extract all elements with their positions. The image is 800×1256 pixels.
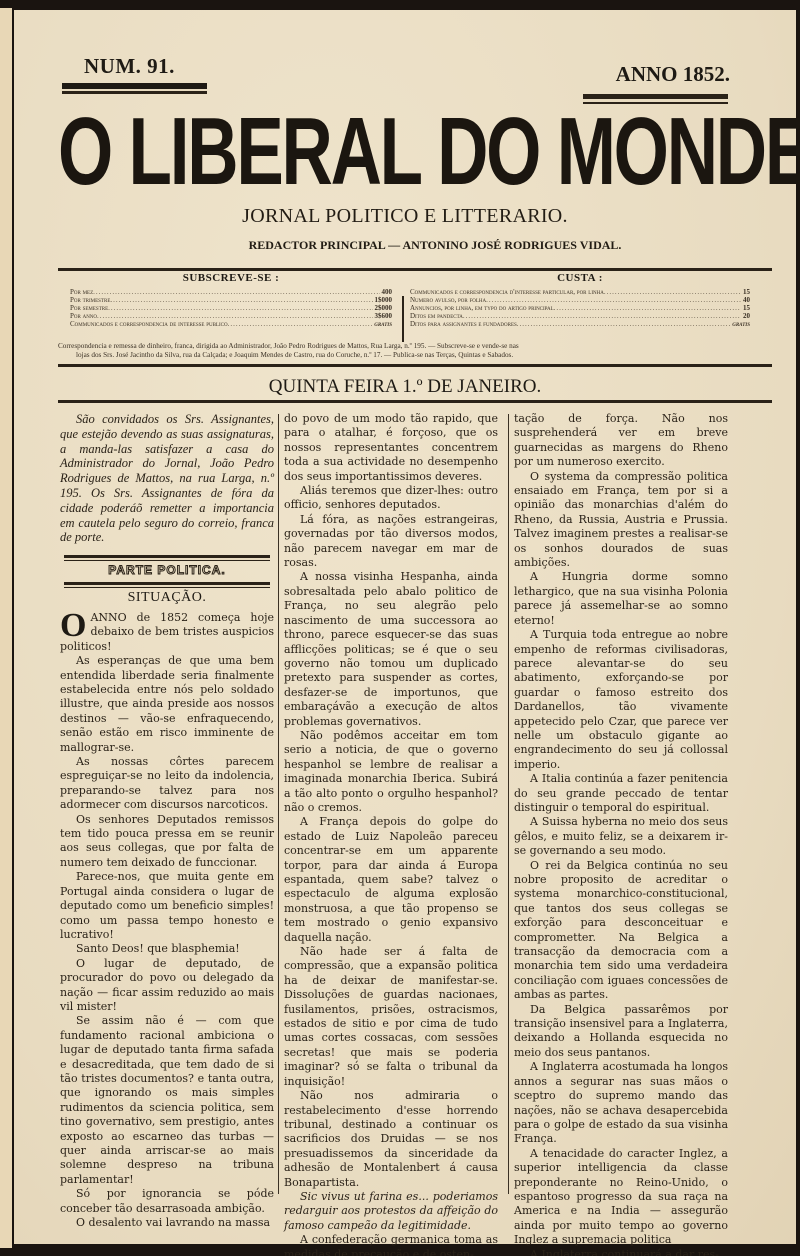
article-paragraph: A Suissa hyberna no meio dos seus gêlos,…	[514, 815, 728, 858]
article-headline: SITUAÇÃO.	[60, 591, 274, 605]
article-paragraph: Não hade ser á falta de compressão, que …	[284, 945, 498, 1089]
subscription-heading: SUBSCREVE-SE :	[70, 272, 392, 284]
subscription-table: SUBSCREVE-SE : Por mez..................…	[70, 272, 392, 328]
article-paragraph: tação de força. Não nos susprehenderá ve…	[514, 412, 728, 470]
article-paragraph: As esperanças de que uma bem entendida l…	[60, 654, 274, 755]
article-paragraph: Não podêmos acceitar em tom serio a noti…	[284, 729, 498, 815]
article-paragraph: A Turquia toda entregue ao nobre empenho…	[514, 628, 728, 772]
article-paragraph: Da Belgica passarêmos por transição inse…	[514, 1003, 728, 1061]
article-paragraph: Só por ignorancia se póde conceber tão d…	[60, 1187, 274, 1216]
column-1: São convidados os Srs. Assignantes, que …	[60, 412, 274, 1230]
cost-row: Annuncios, por linha, em typo do artigo …	[410, 304, 750, 312]
section-rule-bottom	[64, 582, 270, 585]
cost-row: Ditos para assignantes e fundadores.....…	[410, 320, 750, 328]
dateline: QUINTA FEIRA 1.º DE JANEIRO.	[14, 376, 796, 398]
column-3: tação de força. Não nos susprehenderá ve…	[514, 412, 728, 1256]
footnote-line-1: Correspondencia e remessa de dinheiro, f…	[58, 342, 772, 351]
column-2: do povo de um modo tão rapido, que para …	[284, 412, 498, 1256]
decorative-rule-left	[62, 83, 207, 91]
cost-table: CUSTA : Communicados e correspondencia d…	[410, 272, 750, 328]
cost-row: Ditos em pandecta.......................…	[410, 312, 750, 320]
price-divider	[402, 296, 404, 342]
rule-top-prices	[58, 268, 772, 271]
article-paragraph: Aliás teremos que dizer-lhes: outro offi…	[284, 484, 498, 513]
masthead-subtitle: JORNAL POLITICO E LITTERARIO.	[14, 205, 796, 228]
rule-below-date	[58, 400, 772, 403]
article-paragraph: O desalento vai lavrando na massa	[60, 1216, 274, 1230]
subscription-row: Communicados e correspondencia de intere…	[70, 320, 392, 328]
subscriber-notice: São convidados os Srs. Assignantes, que …	[60, 412, 274, 545]
article-paragraph: Parece-nos, que muita gente em Portugal …	[60, 870, 274, 942]
article-paragraph: O systema da compressão politica ensaiad…	[514, 470, 728, 571]
subscription-row: Por anno................................…	[70, 312, 392, 320]
cost-row: Numero avulso, por folha................…	[410, 296, 750, 304]
contact-footnote: Correspondencia e remessa de dinheiro, f…	[58, 342, 772, 360]
price-box: SUBSCREVE-SE : Por mez..................…	[58, 272, 772, 342]
rule-above-date	[58, 364, 772, 367]
newspaper-page: NUM. 91. ANNO 1852. O LIBERAL DO MONDEGO…	[14, 10, 796, 1244]
column-rule-1	[278, 414, 279, 1194]
cost-heading: CUSTA :	[410, 272, 750, 284]
article-paragraph: O lugar de deputado, de procurador do po…	[60, 957, 274, 1015]
article-paragraph: A tenacidade do caracter Inglez, a super…	[514, 1147, 728, 1248]
article-paragraph: Sic vivus ut farina es... poderiamos red…	[284, 1190, 498, 1233]
issue-year: ANNO 1852.	[616, 62, 730, 87]
article-paragraph: A confederação germanica toma as medidas…	[284, 1233, 498, 1256]
article-paragraph: Lá fóra, as nações estrangeiras, governa…	[284, 513, 498, 571]
subscription-row: Por semestre............................…	[70, 304, 392, 312]
article-paragraph: As nossas côrtes parecem espreguiçar-se …	[60, 755, 274, 813]
article-paragraph: A Inglaterra acostumada ha longos annos …	[514, 1060, 728, 1146]
column-rule-2	[508, 414, 509, 1194]
article-paragraph: OANNO de 1852 começa hoje debaixo de bem…	[60, 611, 274, 654]
masthead-title: O LIBERAL DO MONDEGO.	[58, 102, 768, 202]
article-paragraph: Os senhores Deputados remissos tem tido …	[60, 813, 274, 871]
article-paragraph: Se assim não é — com que fundamento raci…	[60, 1014, 274, 1187]
article-paragraph: A Italia continúa a fazer penitencia do …	[514, 772, 728, 815]
article-paragraph: Não nos admiraria o restabelecimento d'e…	[284, 1089, 498, 1190]
adjacent-page-edge	[0, 8, 12, 1248]
article-paragraph: O rei da Belgica continúa no seu nobre p…	[514, 859, 728, 1003]
article-paragraph: Santo Deos! que blasphemia!	[60, 942, 274, 956]
section-header: PARTE POLITICA.	[60, 555, 274, 584]
subscription-row: Por trimestre...........................…	[70, 296, 392, 304]
article-paragraph: A Inglaterra continuará a dar res-	[514, 1248, 728, 1256]
section-title: PARTE POLITICA.	[60, 558, 274, 581]
article-paragraph: A Hungria dorme somno lethargico, que na…	[514, 570, 728, 628]
article-paragraph: A França depois do golpe do estado de Lu…	[284, 815, 498, 945]
editor-line: REDACTOR PRINCIPAL — ANTONINO JOSÉ RODRI…	[14, 238, 796, 253]
subscription-row: Por mez.................................…	[70, 288, 392, 296]
cost-row: Communicados e correspondencia d'interes…	[410, 288, 750, 296]
footnote-line-2: lojas dos Srs. José Jacintho da Silva, r…	[58, 351, 772, 360]
issue-number: NUM. 91.	[84, 54, 175, 79]
article-paragraph: do povo de um modo tão rapido, que para …	[284, 412, 498, 484]
article-paragraph: A nossa visinha Hespanha, ainda sobresal…	[284, 570, 498, 728]
drop-cap: O	[60, 613, 86, 639]
